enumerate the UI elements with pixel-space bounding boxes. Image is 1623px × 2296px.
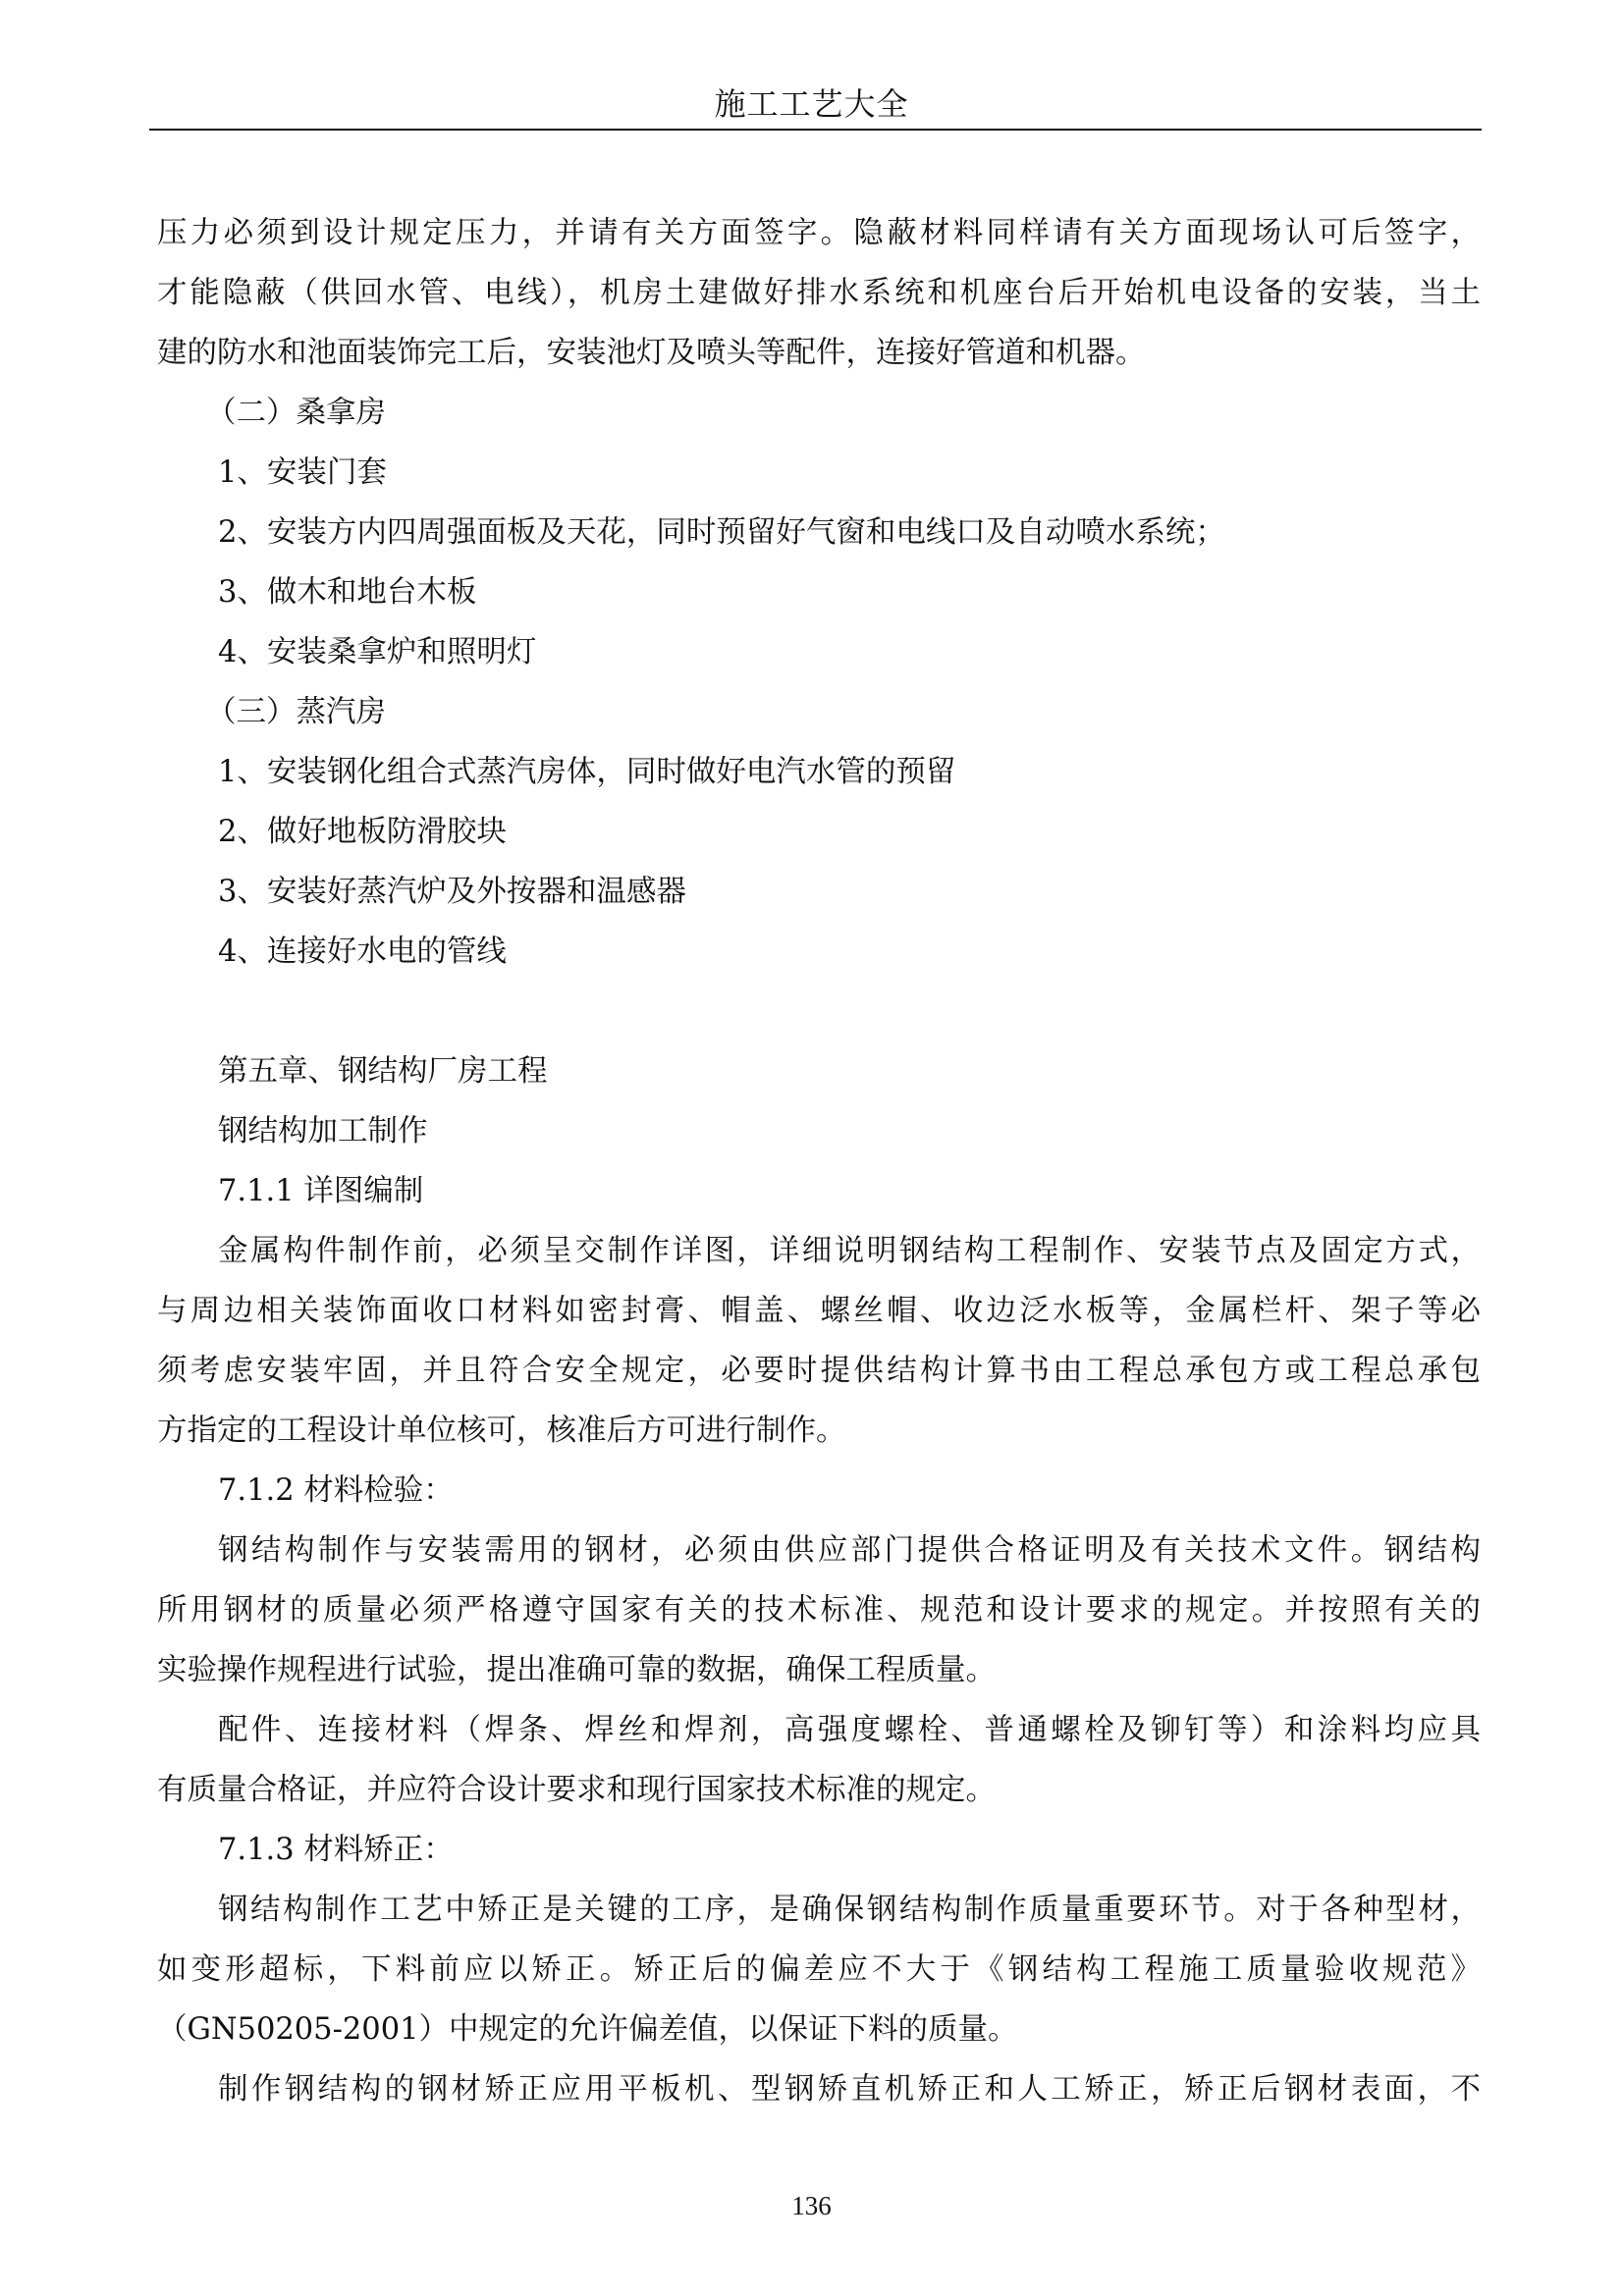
list-item: 4、安装桑拿炉和照明灯 [157, 622, 1481, 682]
body-line: 配件、连接材料（焊条、焊丝和焊剂，高强度螺栓、普通螺栓及铆钉等）和涂料均应具 [157, 1700, 1481, 1760]
body-line: 如变形超标，下料前应以矫正。矫正后的偏差应不大于《钢结构工程施工质量验收规范》 [157, 1940, 1481, 2000]
section-heading-steam: （三）蒸汽房 [157, 682, 1481, 742]
list-item: 3、安装好蒸汽炉及外按器和温感器 [157, 862, 1481, 922]
body-line: 金属构件制作前，必须呈交制作详图，详细说明钢结构工程制作、安装节点及固定方式， [157, 1221, 1481, 1281]
running-header-title: 施工工艺大全 [0, 82, 1623, 126]
body-line: 钢结构制作与安装需用的钢材，必须由供应部门提供合格证明及有关技术文件。钢结构 [157, 1521, 1481, 1580]
list-item: 2、安装方内四周强面板及天花，同时预留好气窗和电线口及自动喷水系统； [157, 503, 1481, 562]
body-line: 压力必须到设计规定压力，并请有关方面签字。隐蔽材料同样请有关方面现场认可后签字， [157, 203, 1481, 263]
list-item: 1、安装门套 [157, 443, 1481, 503]
section-heading-sauna: （二）桑拿房 [157, 383, 1481, 443]
body-line: （GN50205-2001）中规定的允许偏差值，以保证下料的质量。 [157, 2000, 1481, 2059]
list-item: 3、做木和地台木板 [157, 562, 1481, 622]
body-line: 与周边相关装饰面收口材料如密封膏、帽盖、螺丝帽、收边泛水板等，金属栏杆、架子等必 [157, 1281, 1481, 1341]
body-line: 钢结构制作工艺中矫正是关键的工序，是确保钢结构制作质量重要环节。对于各种型材， [157, 1880, 1481, 1940]
body-line: 方指定的工程设计单位核可，核准后方可进行制作。 [157, 1401, 1481, 1461]
body-line: 所用钢材的质量必须严格遵守国家有关的技术标准、规范和设计要求的规定。并按照有关的 [157, 1580, 1481, 1640]
body-line: 实验操作规程进行试验，提出准确可靠的数据，确保工程质量。 [157, 1640, 1481, 1700]
spacer [157, 982, 1481, 1041]
chapter-subtitle: 钢结构加工制作 [157, 1101, 1481, 1161]
list-item: 2、做好地板防滑胶块 [157, 802, 1481, 862]
section-heading-7-1-1: 7.1.1 详图编制 [157, 1161, 1481, 1221]
section-heading-7-1-3: 7.1.3 材料矫正： [157, 1820, 1481, 1880]
list-item: 1、安装钢化组合式蒸汽房体，同时做好电汽水管的预留 [157, 742, 1481, 802]
body-line: 须考虑安装牢固，并且符合安全规定，必要时提供结构计算书由工程总承包方或工程总承包 [157, 1341, 1481, 1401]
header-divider [149, 129, 1482, 131]
body-line: 有质量合格证，并应符合设计要求和现行国家技术标准的规定。 [157, 1760, 1481, 1820]
list-item: 4、连接好水电的管线 [157, 922, 1481, 982]
body-line: 制作钢结构的钢材矫正应用平板机、型钢矫直机矫正和人工矫正，矫正后钢材表面，不 [157, 2059, 1481, 2119]
body-line: 才能隐蔽（供回水管、电线），机房土建做好排水系统和机座台后开始机电设备的安装，当… [157, 263, 1481, 323]
page-number: 136 [0, 2191, 1623, 2221]
page-body: 压力必须到设计规定压力，并请有关方面签字。隐蔽材料同样请有关方面现场认可后签字，… [157, 203, 1481, 2119]
chapter-title: 第五章、钢结构厂房工程 [157, 1041, 1481, 1101]
body-line: 建的防水和池面装饰完工后，安装池灯及喷头等配件，连接好管道和机器。 [157, 323, 1481, 383]
section-heading-7-1-2: 7.1.2 材料检验： [157, 1461, 1481, 1521]
